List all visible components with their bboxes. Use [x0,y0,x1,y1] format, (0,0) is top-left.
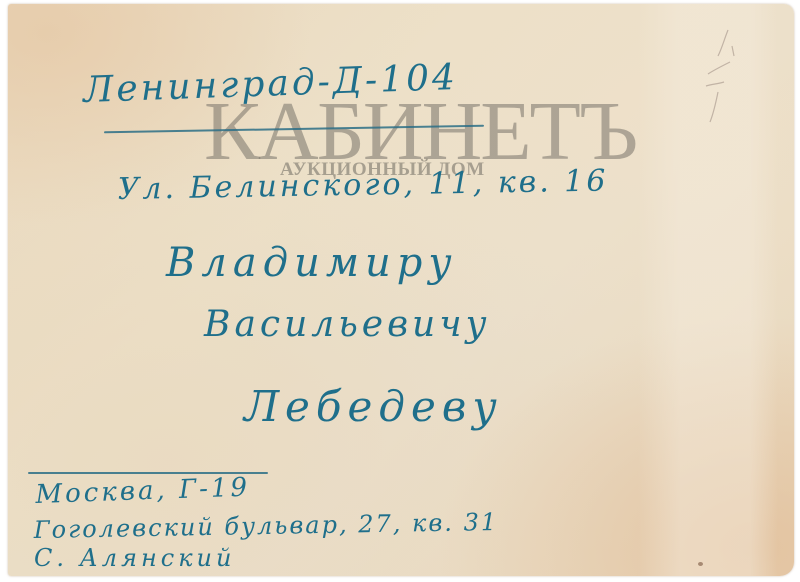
recipient-name-first: Владимиру [166,240,458,286]
recipient-name-last: Лебедеву [244,382,503,431]
recipient-street: Ул. Белинского, 11, кв. 16 [117,163,608,207]
recipient-name-patronymic: Васильевичу [204,304,491,345]
sender-street: Гоголевский бульвар, 27, кв. 31 [34,508,499,544]
paper-stain [698,562,703,566]
envelope: КАБИНЕТЪ АУКЦИОННЫЙ ДОМ Ленинград-Д-104 … [8,4,794,576]
pencil-marks [688,26,748,126]
sender-city: Москва, Г-19 [35,473,251,510]
sender-name: С. Алянский [34,544,235,572]
